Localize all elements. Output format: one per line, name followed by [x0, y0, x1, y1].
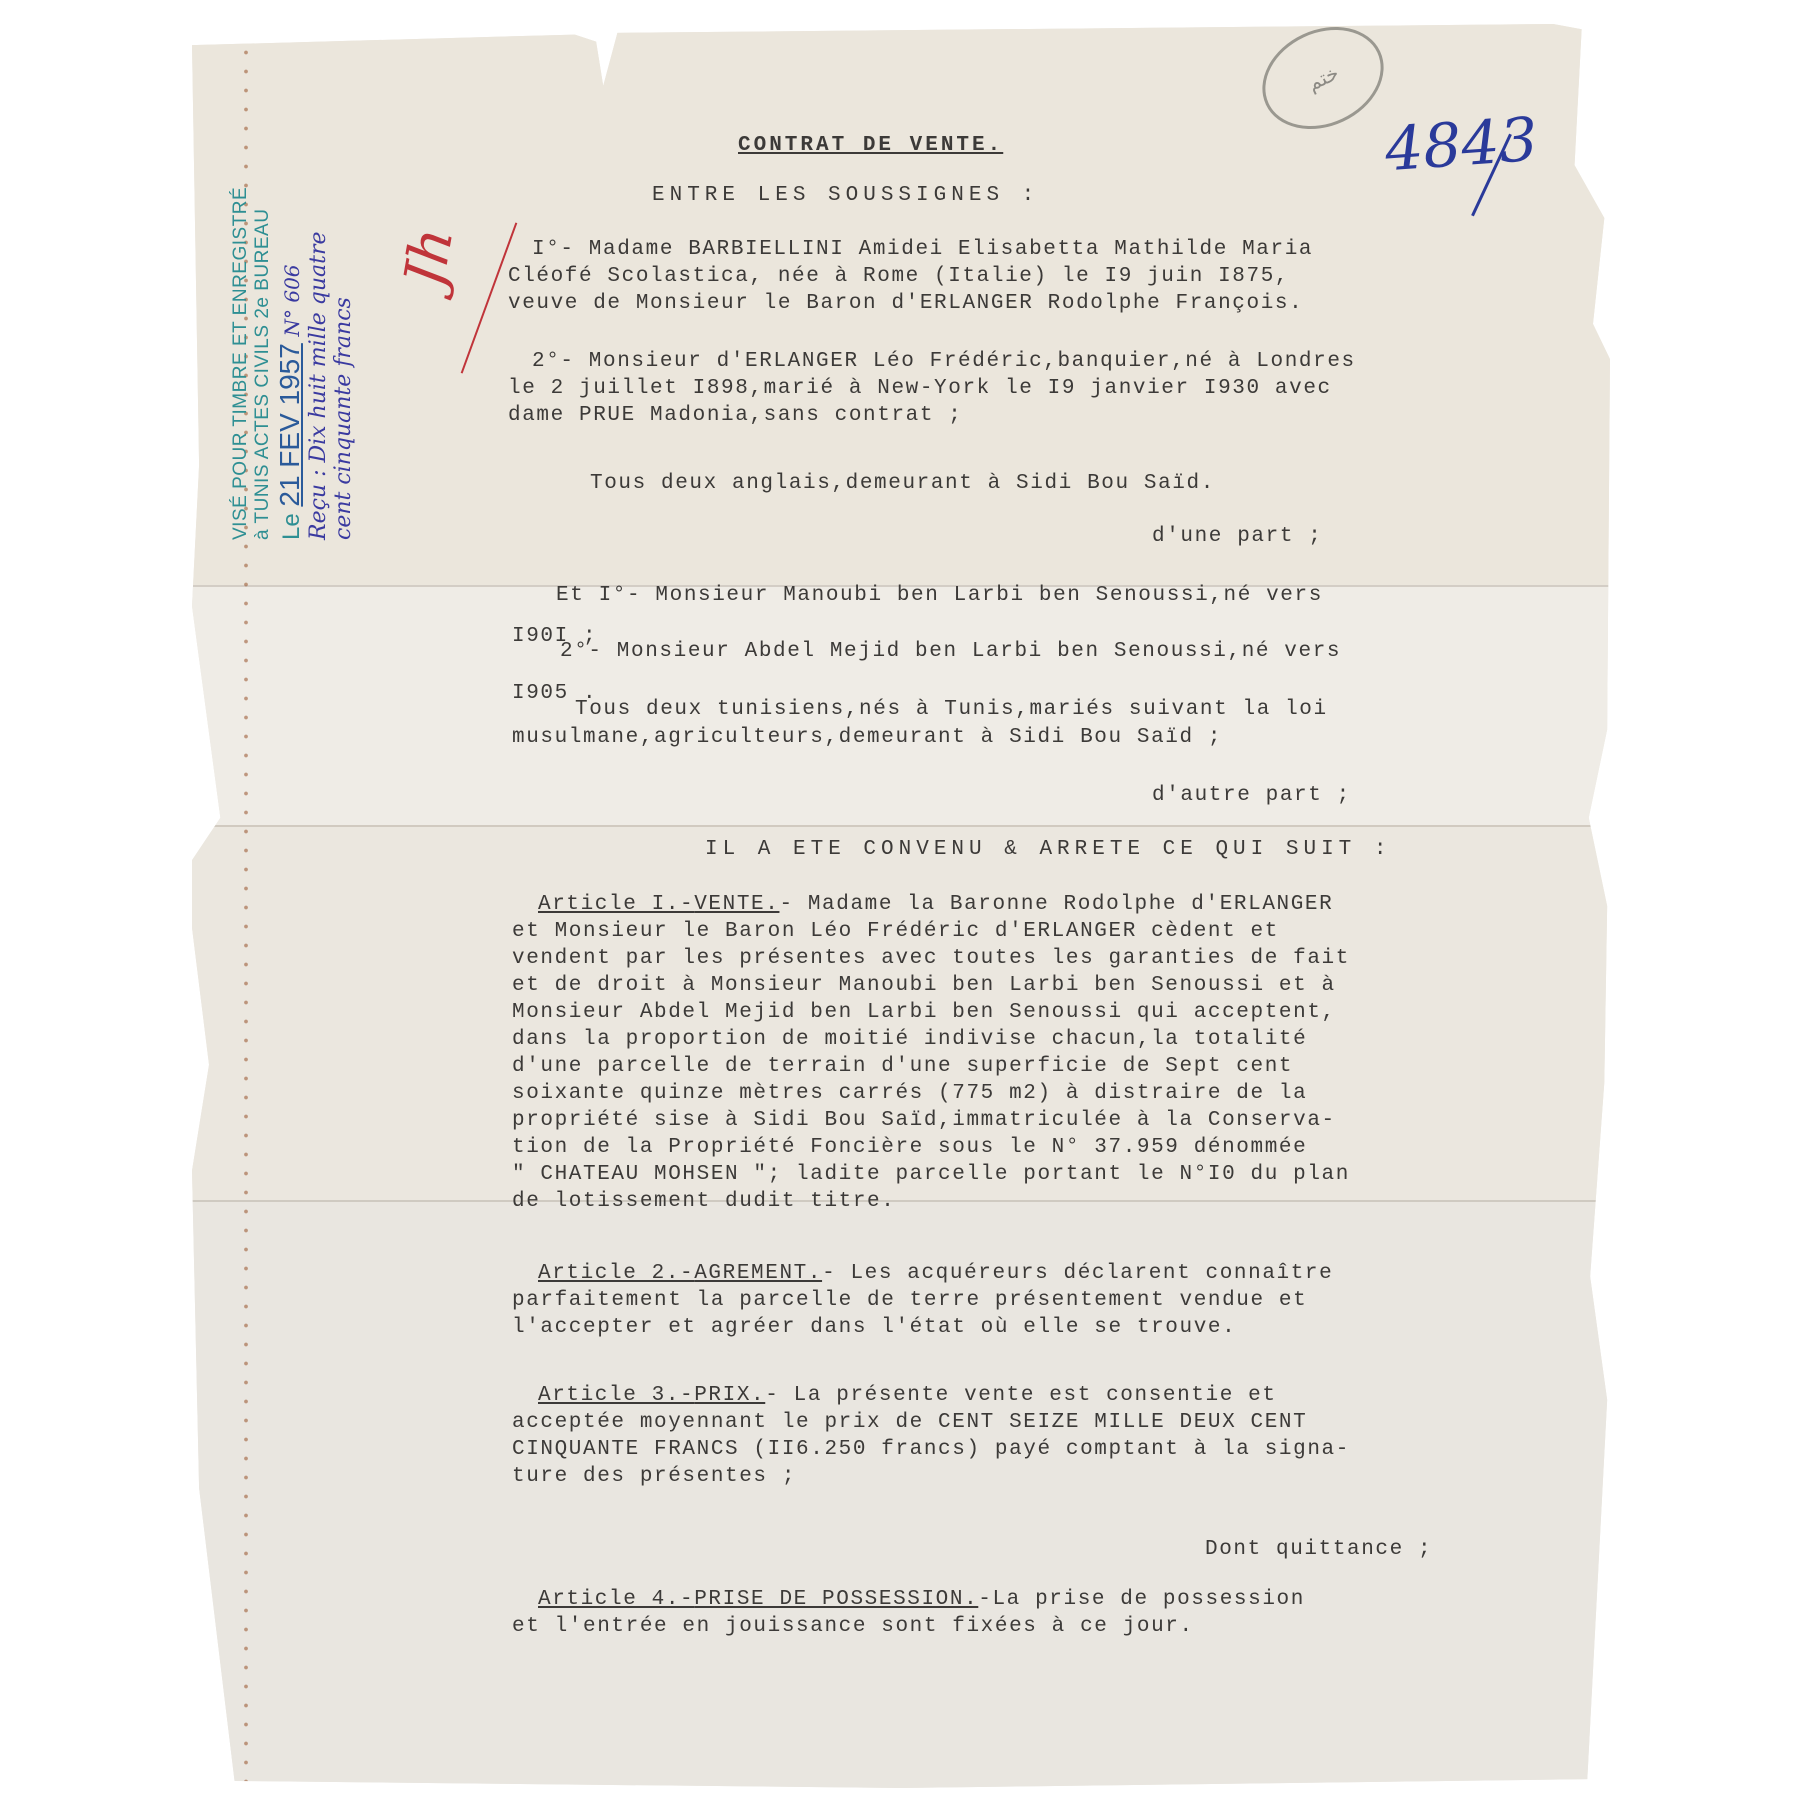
article-2-first-line: Article 2.-AGREMENT.- Les acquéreurs déc… [538, 1262, 1333, 1285]
article-1-first-line: Article I.-VENTE.- Madame la Baronne Rod… [538, 893, 1333, 916]
article-4-title: PRISE DE POSSESSION. [694, 1588, 978, 1611]
article-1-line: propriété sise à Sidi Bou Saïd,immatricu… [512, 1109, 1336, 1132]
article-2-line: parfaitement la parcelle de terre présen… [512, 1289, 1307, 1312]
article-1-line: et Monsieur le Baron Léo Frédéric d'ERLA… [512, 920, 1279, 943]
part-one-label: d'une part ; [1152, 525, 1322, 548]
article-1-line: " CHATEAU MOHSEN "; ladite parcelle port… [512, 1163, 1350, 1186]
part-other-label: d'autre part ; [1152, 784, 1351, 807]
party-1-line: I°- Madame BARBIELLINI Amidei Elisabetta… [532, 238, 1313, 261]
article-1-line: et de droit à Monsieur Manoubi ben Larbi… [512, 974, 1336, 997]
article-3-first-line: Article 3.-PRIX.- La présente vente est … [538, 1384, 1277, 1407]
article-3-line: CINQUANTE FRANCS (II6.250 francs) payé c… [512, 1438, 1350, 1461]
article-1-title: VENTE. [694, 893, 779, 916]
article-1-line: de lotissement dudit titre. [512, 1190, 895, 1213]
article-1-line: d'une parcelle de terrain d'une superfic… [512, 1055, 1293, 1078]
buyer-line: Tous deux tunisiens,nés à Tunis,mariés s… [575, 698, 1328, 721]
buyer-line: Et I°- Monsieur Manoubi ben Larbi ben Se… [556, 584, 1323, 607]
article-3-line: acceptée moyennant le prix de CENT SEIZE… [512, 1411, 1307, 1434]
receipt-label: Dont quittance ; [1205, 1538, 1432, 1561]
typewritten-body: CONTRAT DE VENTE. ENTRE LES SOUSSIGNES :… [0, 0, 1800, 1800]
article-4-first-line: Article 4.-PRISE DE POSSESSION.-La prise… [538, 1588, 1305, 1611]
article-2-line: l'accepter et agréer dans l'état où elle… [512, 1316, 1236, 1339]
article-1-line: tion de la Propriété Foncière sous le N°… [512, 1136, 1307, 1159]
party-1-line: veuve de Monsieur le Baron d'ERLANGER Ro… [508, 292, 1303, 315]
article-3-line: ture des présentes ; [512, 1465, 796, 1488]
article-1-line: vendent par les présentes avec toutes le… [512, 947, 1350, 970]
article-1-line: Monsieur Abdel Mejid ben Larbi ben Senou… [512, 1001, 1336, 1024]
buyer-line: musulmane,agriculteurs,demeurant à Sidi … [512, 726, 1222, 749]
article-1-line: dans la proportion de moitié indivise ch… [512, 1028, 1307, 1051]
article-3-label: Article 3.- [538, 1384, 694, 1407]
party-2-line: dame PRUE Madonia,sans contrat ; [508, 404, 962, 427]
article-4-line: et l'entrée en jouissance sont fixées à … [512, 1615, 1194, 1638]
party-1-line: Cléofé Scolastica, née à Rome (Italie) l… [508, 265, 1289, 288]
party-2-line: 2°- Monsieur d'ERLANGER Léo Frédéric,ban… [532, 350, 1356, 373]
article-4-label: Article 4.- [538, 1588, 694, 1611]
document-title: CONTRAT DE VENTE. [738, 134, 1003, 157]
agreement-heading: IL A ETE CONVENU & ARRETE CE QUI SUIT : [705, 838, 1391, 861]
party-2-line: le 2 juillet I898,marié à New-York le I9… [508, 377, 1332, 400]
article-1-label: Article I.- [538, 893, 694, 916]
residence-line: Tous deux anglais,demeurant à Sidi Bou S… [590, 472, 1215, 495]
article-2-label: Article 2.- [538, 1262, 694, 1285]
buyer-line: 2°- Monsieur Abdel Mejid ben Larbi ben S… [560, 640, 1341, 663]
article-3-title: PRIX. [694, 1384, 765, 1407]
article-2-title: AGREMENT. [694, 1262, 822, 1285]
article-1-line: soixante quinze mètres carrés (775 m2) à… [512, 1082, 1307, 1105]
parties-heading: ENTRE LES SOUSSIGNES : [652, 184, 1039, 207]
